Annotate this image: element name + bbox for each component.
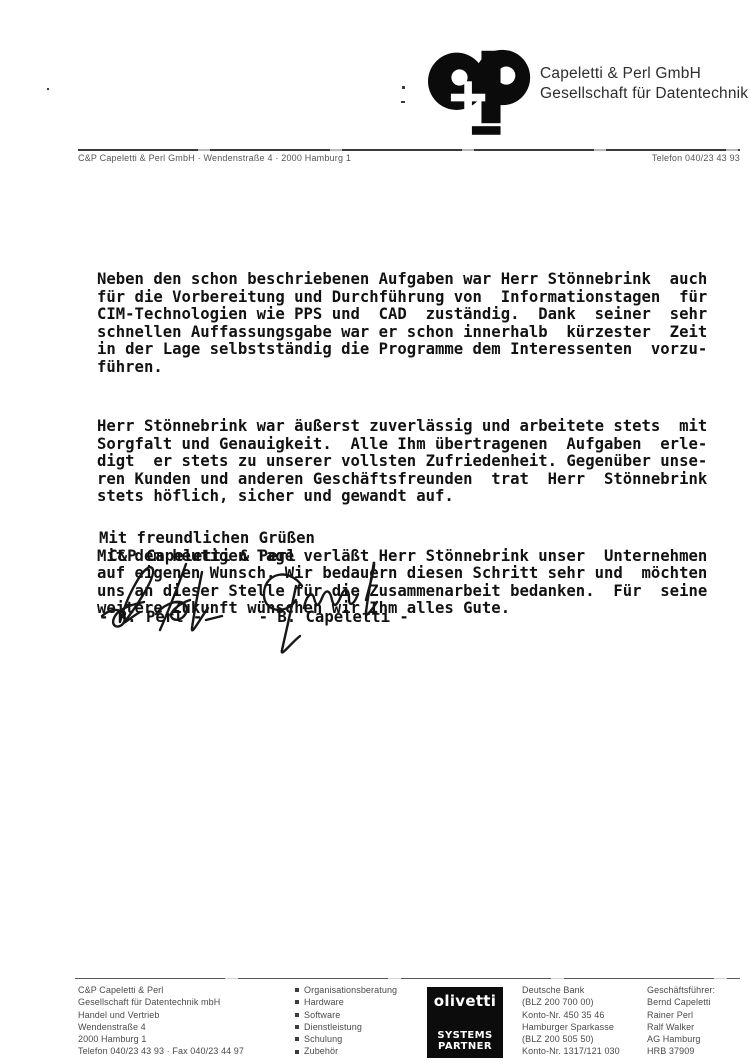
scan-artifact-dot <box>402 86 405 89</box>
footer-services-list: Organisationsberatung Hardware Software … <box>295 984 420 1058</box>
footer-company-block: C&P Capeletti & Perl Gesellschaft für Da… <box>78 984 293 1058</box>
cp-plus-logo-icon <box>428 37 533 139</box>
bullet-square-icon <box>295 1013 299 1017</box>
footer-bank-block: Deutsche Bank (BLZ 200 700 00) Konto-Nr.… <box>522 984 642 1058</box>
bullet-square-icon <box>295 1050 299 1054</box>
scan-artifact-dot <box>47 88 49 90</box>
bullet-square-icon <box>295 988 299 992</box>
footer-service-item: Zubehör <box>295 1045 420 1057</box>
footer-service-item: Software <box>295 1009 420 1021</box>
footer-service-label: Organisationsberatung <box>304 984 397 996</box>
paragraph-1: Neben den schon beschriebenen Aufgaben w… <box>97 271 707 376</box>
footer-divider <box>75 978 740 979</box>
handwritten-signatures <box>90 556 430 656</box>
scan-artifact-dash <box>401 101 405 103</box>
footer-management-block: Geschäftsführer: Bernd Capeletti Rainer … <box>647 984 747 1058</box>
footer-service-label: Schulung <box>304 1033 342 1045</box>
footer-service-item: Schulung <box>295 1033 420 1045</box>
sender-row: C&P Capeletti & Perl GmbH · Wendenstraße… <box>78 153 740 163</box>
sender-phone: Telefon 040/23 43 93 <box>652 153 740 163</box>
bullet-square-icon <box>295 1025 299 1029</box>
bullet-square-icon <box>295 1000 299 1004</box>
letterhead-company-block: Capeletti & Perl GmbH Gesellschaft für D… <box>540 64 748 104</box>
letterhead-company-subtitle: Gesellschaft für Datentechnik <box>540 84 748 104</box>
olivetti-wordmark: olivetti <box>427 992 503 1010</box>
paragraph-2: Herr Stönnebrink war äußerst zuverlässig… <box>97 418 707 506</box>
footer-service-item: Hardware <box>295 996 420 1008</box>
footer-service-label: Zubehör <box>304 1045 338 1057</box>
sender-address-line: C&P Capeletti & Perl GmbH · Wendenstraße… <box>78 153 351 163</box>
footer-service-item: Organisationsberatung <box>295 984 420 996</box>
letterhead-company-name: Capeletti & Perl GmbH <box>540 64 748 84</box>
scanned-letter-page: Capeletti & Perl GmbH Gesellschaft für D… <box>0 0 750 1064</box>
systems-partner-label: SYSTEMS PARTNER <box>427 1030 503 1052</box>
footer-service-label: Software <box>304 1009 340 1021</box>
signature-names-line: - R. Perl - - B. Capeletti - <box>99 608 409 626</box>
bullet-square-icon <box>295 1037 299 1041</box>
footer-service-item: Dienstleistung <box>295 1021 420 1033</box>
footer-service-label: Dienstleistung <box>304 1021 362 1033</box>
olivetti-partner-logo: olivetti SYSTEMS PARTNER <box>427 987 503 1058</box>
letterhead-divider <box>78 149 740 151</box>
footer-service-label: Hardware <box>304 996 344 1008</box>
